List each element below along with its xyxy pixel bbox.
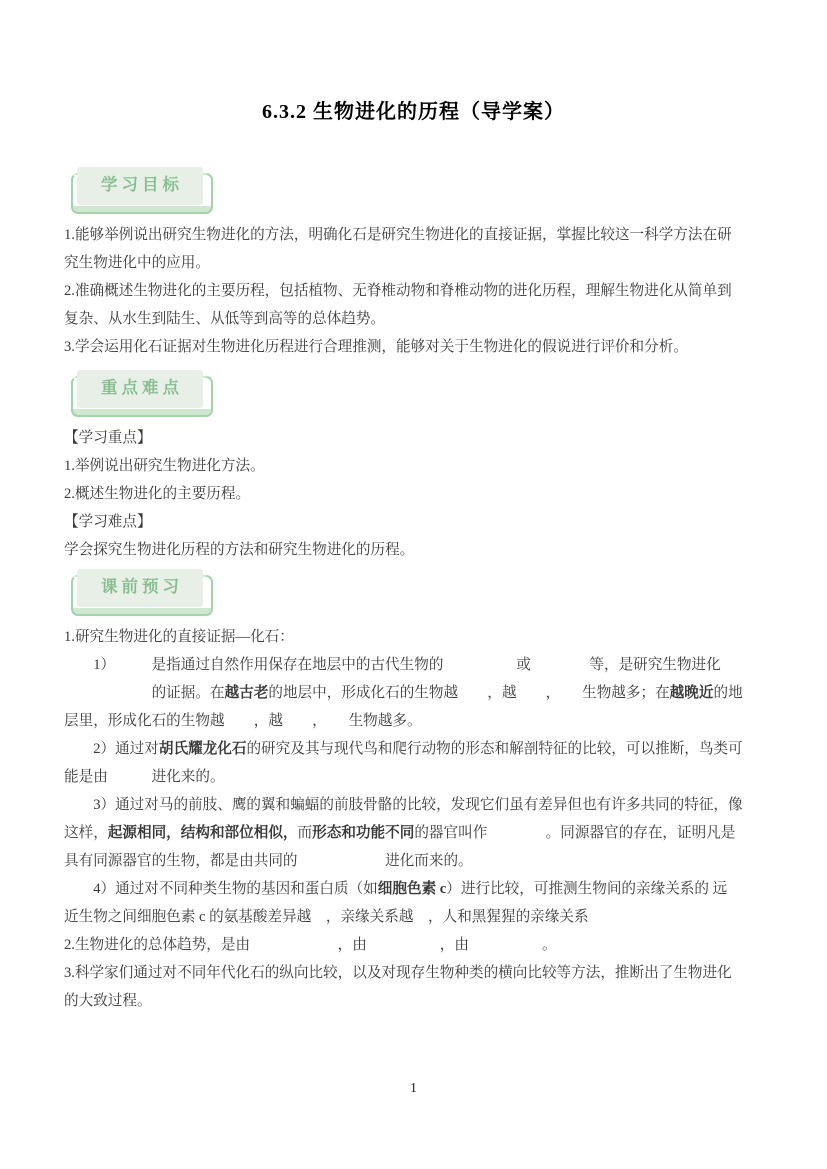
badge-label-learning-goals: 学习目标 xyxy=(77,167,203,205)
document-page: 6.3.2 生物进化的历程（导学案） 学习目标 1.能够举例说出研究生物进化的方… xyxy=(0,0,827,1169)
text-line: 的证据。在越古老的地层中，形成化石的生物越 ，越 ， 生物越多；在越晚近的地 xyxy=(64,679,763,707)
text-line: 1.研究生物进化的直接证据—化石： xyxy=(64,623,763,651)
section-badge-key-points: 重点难点 xyxy=(77,370,203,410)
text-line: 3）通过对马的前肢、鹰的翼和蝙蝠的前肢骨骼的比较，发现它们虽有差异但也有许多共同… xyxy=(64,791,763,819)
text-line: 能是由 进化来的。 xyxy=(64,763,763,791)
text-line: 层里，形成化石的生物越 ，越 ， 生物越多。 xyxy=(64,707,763,735)
text-line: 2.概述生物进化的主要历程。 xyxy=(64,480,763,508)
section-badge-preview: 课前预习 xyxy=(77,569,203,609)
text-line: 2.生物进化的总体趋势，是由 ，由 ，由 。 xyxy=(64,931,763,959)
text-line: 1.能够举例说出研究生物进化的方法，明确化石是研究生物进化的直接证据，掌握比较这… xyxy=(64,221,763,249)
text-line: 1.举例说出研究生物进化方法。 xyxy=(64,452,763,480)
text-line: 【学习难点】 xyxy=(64,508,763,536)
document-body: 6.3.2 生物进化的历程（导学案） 学习目标 1.能够举例说出研究生物进化的方… xyxy=(0,0,827,1015)
text-line: 2.准确概述生物进化的主要历程，包括植物、无脊椎动物和脊椎动物的进化历程，理解生… xyxy=(64,277,763,305)
text-line: 的大致过程。 xyxy=(64,987,763,1015)
badge-label-key-points: 重点难点 xyxy=(77,370,203,408)
text-line: 1） 是指通过自然作用保存在地层中的古代生物的 或 等，是研究生物进化 xyxy=(64,651,763,679)
text-line: 2）通过对胡氏耀龙化石的研究及其与现代鸟和爬行动物的形态和解剖特征的比较，可以推… xyxy=(64,735,763,763)
page-number: 1 xyxy=(0,1080,827,1096)
preview-text: 1.研究生物进化的直接证据—化石： 1） 是指通过自然作用保存在地层中的古代生物… xyxy=(64,623,763,1015)
badge-label-preview: 课前预习 xyxy=(77,569,203,607)
text-line: 这样，起源相同，结构和部位相似，而形态和功能不同的器官叫作 。同源器官的存在，证… xyxy=(64,819,763,847)
section-badge-learning-goals: 学习目标 xyxy=(77,167,203,207)
text-line: 3.科学家们通过对不同年代化石的纵向比较，以及对现存生物种类的横向比较等方法，推… xyxy=(64,959,763,987)
text-line: 具有同源器官的生物，都是由共同的 进化而来的。 xyxy=(64,847,763,875)
text-line: 复杂、从水生到陆生、从低等到高等的总体趋势。 xyxy=(64,305,763,333)
document-title: 6.3.2 生物进化的历程（导学案） xyxy=(64,97,763,127)
key-points-text: 【学习重点】1.举例说出研究生物进化方法。2.概述生物进化的主要历程。【学习难点… xyxy=(64,424,763,564)
text-line: 3.学会运用化石证据对生物进化历程进行合理推测，能够对关于生物进化的假说进行评价… xyxy=(64,333,763,361)
text-line: 近生物之间细胞色素 c 的氨基酸差异越 ，亲缘关系越 ，人和黑猩猩的亲缘关系 xyxy=(64,903,763,931)
text-line: 学会探究生物进化历程的方法和研究生物进化的历程。 xyxy=(64,536,763,564)
learning-goals-text: 1.能够举例说出研究生物进化的方法，明确化石是研究生物进化的直接证据，掌握比较这… xyxy=(64,221,763,361)
text-line: 【学习重点】 xyxy=(64,424,763,452)
text-line: 究生物进化中的应用。 xyxy=(64,249,763,277)
text-line: 4）通过对不同种类生物的基因和蛋白质（如细胞色素 c）进行比较，可推测生物间的亲… xyxy=(64,875,763,903)
